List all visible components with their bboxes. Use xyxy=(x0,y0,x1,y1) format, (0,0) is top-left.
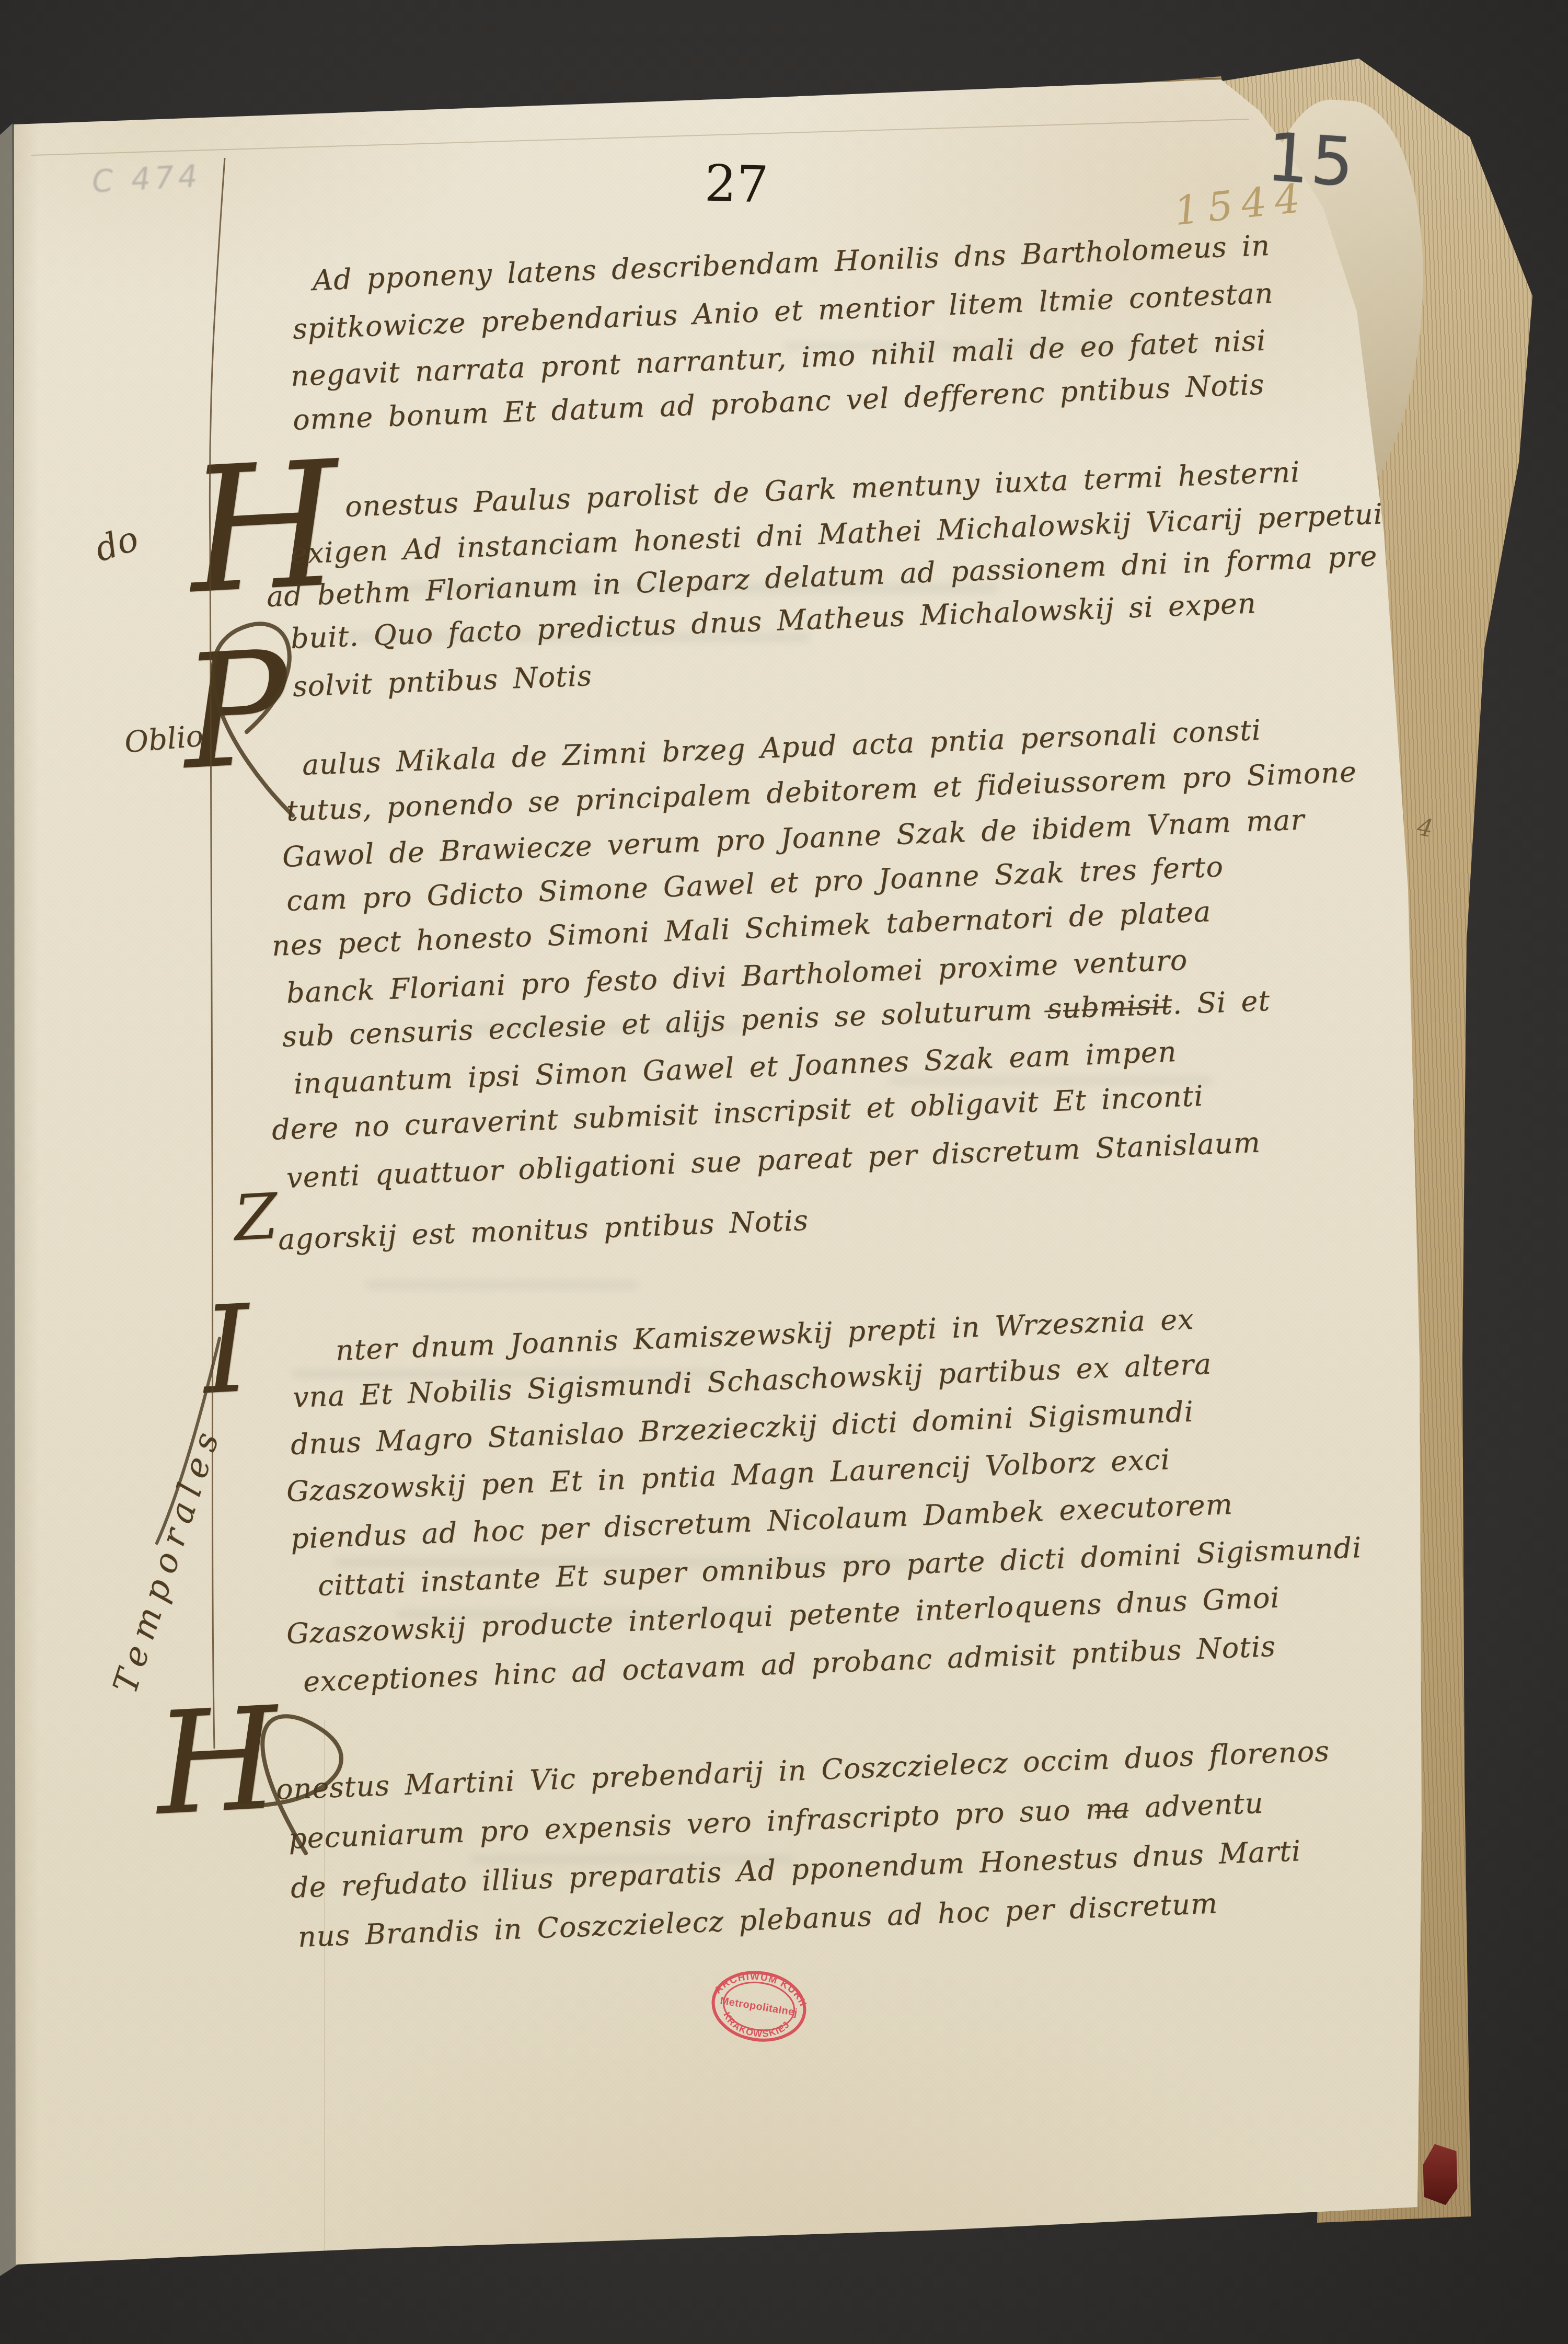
writing-layer: 27 15 1544 C 474 4 do Oblio Temporales A… xyxy=(0,0,1568,2344)
margin-rule-line xyxy=(210,158,225,1749)
manuscript-scan: 27 15 1544 C 474 4 do Oblio Temporales A… xyxy=(0,0,1568,2344)
initial-flourish xyxy=(157,1338,220,1543)
initial-flourish xyxy=(213,624,293,815)
initial-flourish xyxy=(231,1716,341,1853)
archive-stamp: ARCHIWUM KURII Metropolitalnej KRAKOWSKI… xyxy=(689,1947,828,2065)
